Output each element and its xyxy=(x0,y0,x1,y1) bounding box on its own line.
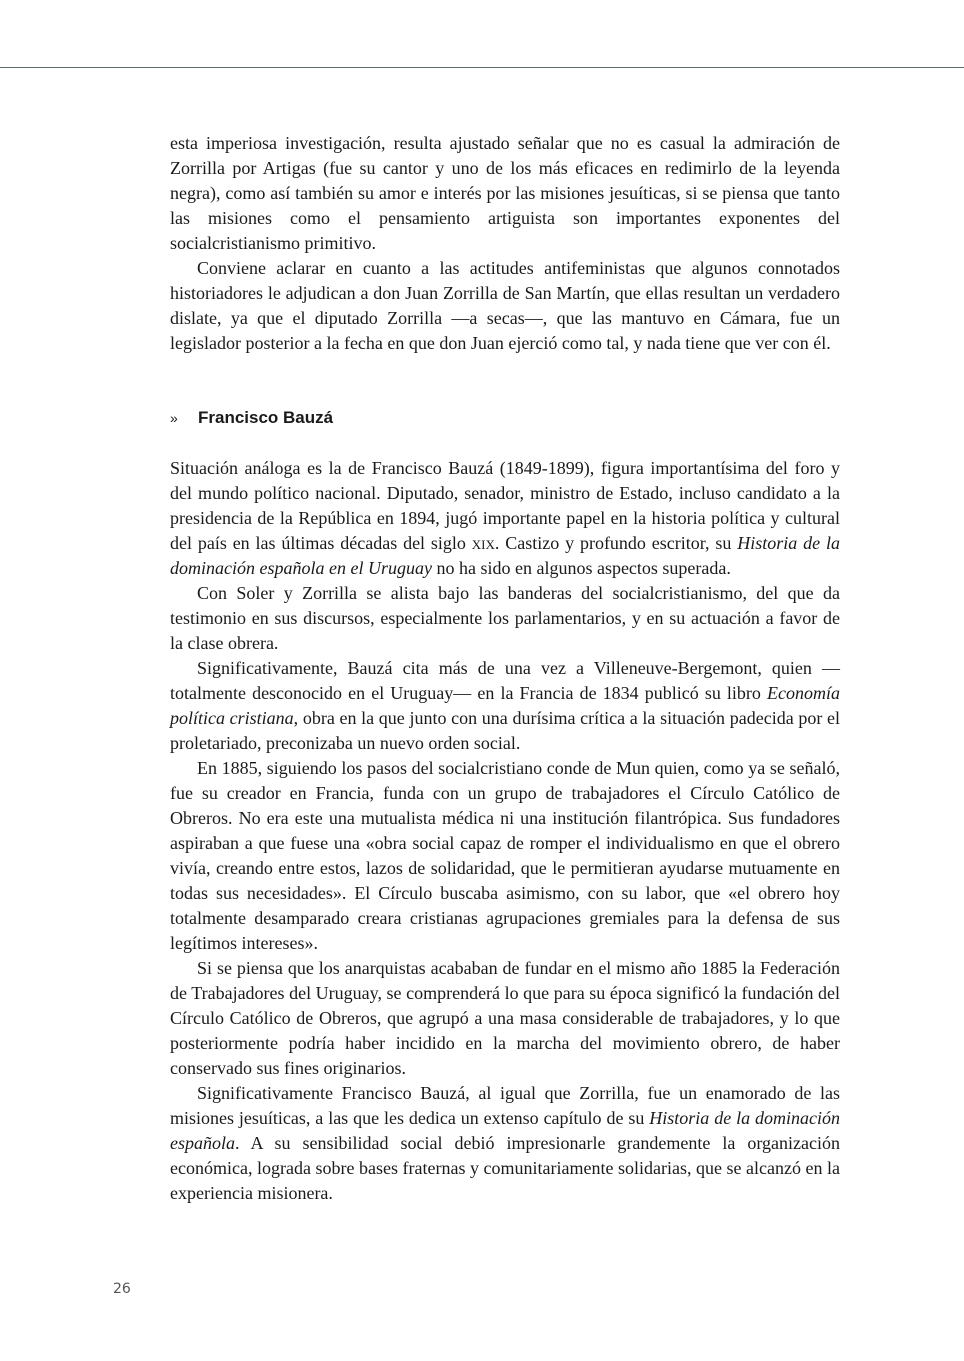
header-rule xyxy=(0,67,964,68)
text-run: no ha sido en algunos aspectos superada. xyxy=(432,558,731,578)
paragraph: Si se piensa que los anarquistas acababa… xyxy=(170,956,840,1081)
paragraph: En 1885, siguiendo los pasos del socialc… xyxy=(170,756,840,956)
paragraph: Significativamente, Bauzá cita más de un… xyxy=(170,656,840,756)
paragraph: esta imperiosa investigación, resulta aj… xyxy=(170,131,840,256)
text-run: Significativamente, Bauzá cita más de un… xyxy=(170,658,840,703)
section-heading: »Francisco Bauzá xyxy=(170,408,333,428)
paragraph: Con Soler y Zorrilla se alista bajo las … xyxy=(170,581,840,656)
guillemet-marker-icon: » xyxy=(170,410,198,426)
section-title: Francisco Bauzá xyxy=(198,408,333,427)
text-run: . Castizo y profundo escritor, su xyxy=(495,533,737,553)
page-number: 26 xyxy=(113,1281,131,1297)
paragraph: Conviene aclarar en cuanto a las actitud… xyxy=(170,256,840,356)
paragraph: Significativamente Francisco Bauzá, al i… xyxy=(170,1081,840,1206)
text-run: . A su sensibilidad social debió impresi… xyxy=(170,1133,840,1203)
body-block-2: Situación análoga es la de Francisco Bau… xyxy=(170,456,840,1206)
small-caps-run: XIX xyxy=(472,533,495,553)
body-block-1: esta imperiosa investigación, resulta aj… xyxy=(170,131,840,356)
paragraph: Situación análoga es la de Francisco Bau… xyxy=(170,456,840,581)
